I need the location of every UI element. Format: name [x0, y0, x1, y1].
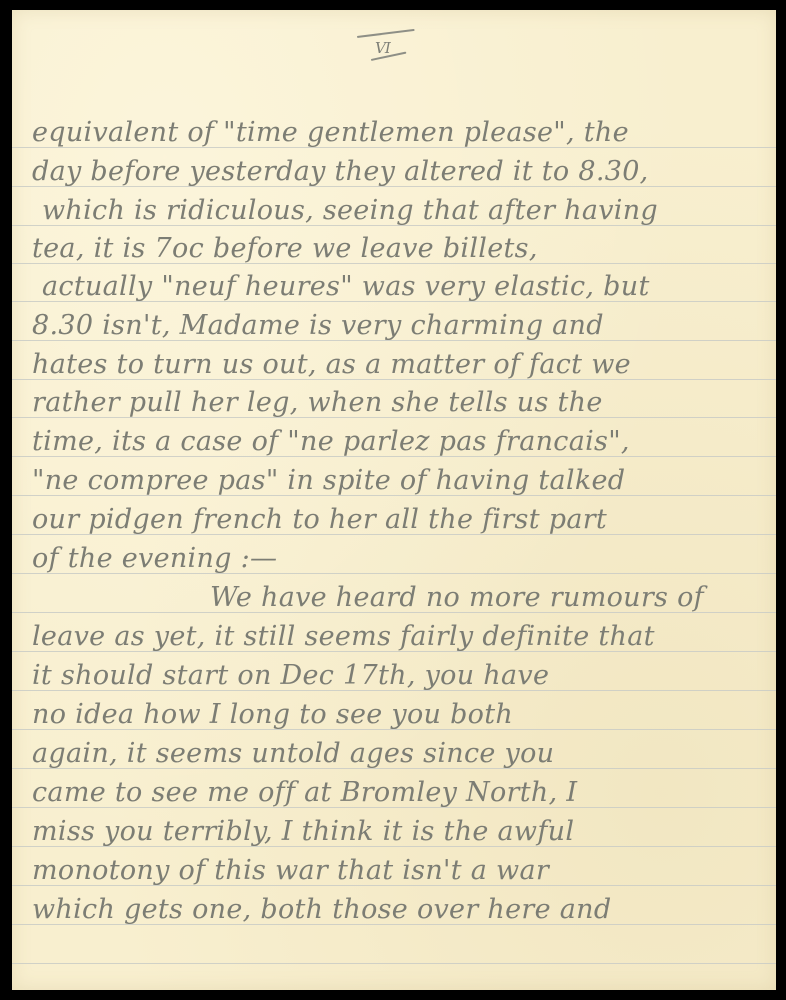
text-line: equivalent of "time gentlemen please", t…	[32, 117, 629, 149]
text-line: rather pull her leg, when she tells us t…	[32, 387, 603, 419]
text-line: which gets one, both those over here and	[32, 894, 611, 926]
text-line: again, it seems untold ages since you	[32, 738, 554, 770]
text-line: which is ridiculous, seeing that after h…	[42, 195, 658, 227]
text-line: no idea how I long to see you both	[32, 699, 513, 731]
text-line: monotony of this war that isn't a war	[32, 855, 549, 887]
text-line: 8.30 isn't, Madame is very charming and	[32, 310, 604, 342]
text-line: time, its a case of "ne parlez pas franc…	[32, 426, 630, 458]
text-line: came to see me off at Bromley North, I	[32, 777, 577, 809]
page-number: VI	[357, 32, 427, 68]
text-line: "ne compree pas" in spite of having talk…	[32, 465, 625, 497]
text-line: hates to turn us out, as a matter of fac…	[32, 349, 631, 381]
text-line: our pidgen french to her all the first p…	[32, 504, 607, 536]
ruled-line	[12, 963, 776, 964]
letter-page: VI equivalent of "time gentlemen please"…	[12, 10, 776, 990]
text-line: tea, it is 7oc before we leave billets,	[32, 233, 538, 265]
page-number-overline	[357, 29, 415, 38]
text-line: leave as yet, it still seems fairly defi…	[32, 621, 655, 653]
text-line: day before yesterday they altered it to …	[32, 156, 649, 188]
text-line: it should start on Dec 17th, you have	[32, 660, 549, 692]
text-line: actually "neuf heures" was very elastic,…	[42, 271, 650, 303]
text-line: miss you terribly, I think it is the awf…	[32, 816, 574, 848]
text-line: We have heard no more rumours of	[210, 582, 704, 614]
text-line: of the evening :—	[32, 543, 277, 575]
